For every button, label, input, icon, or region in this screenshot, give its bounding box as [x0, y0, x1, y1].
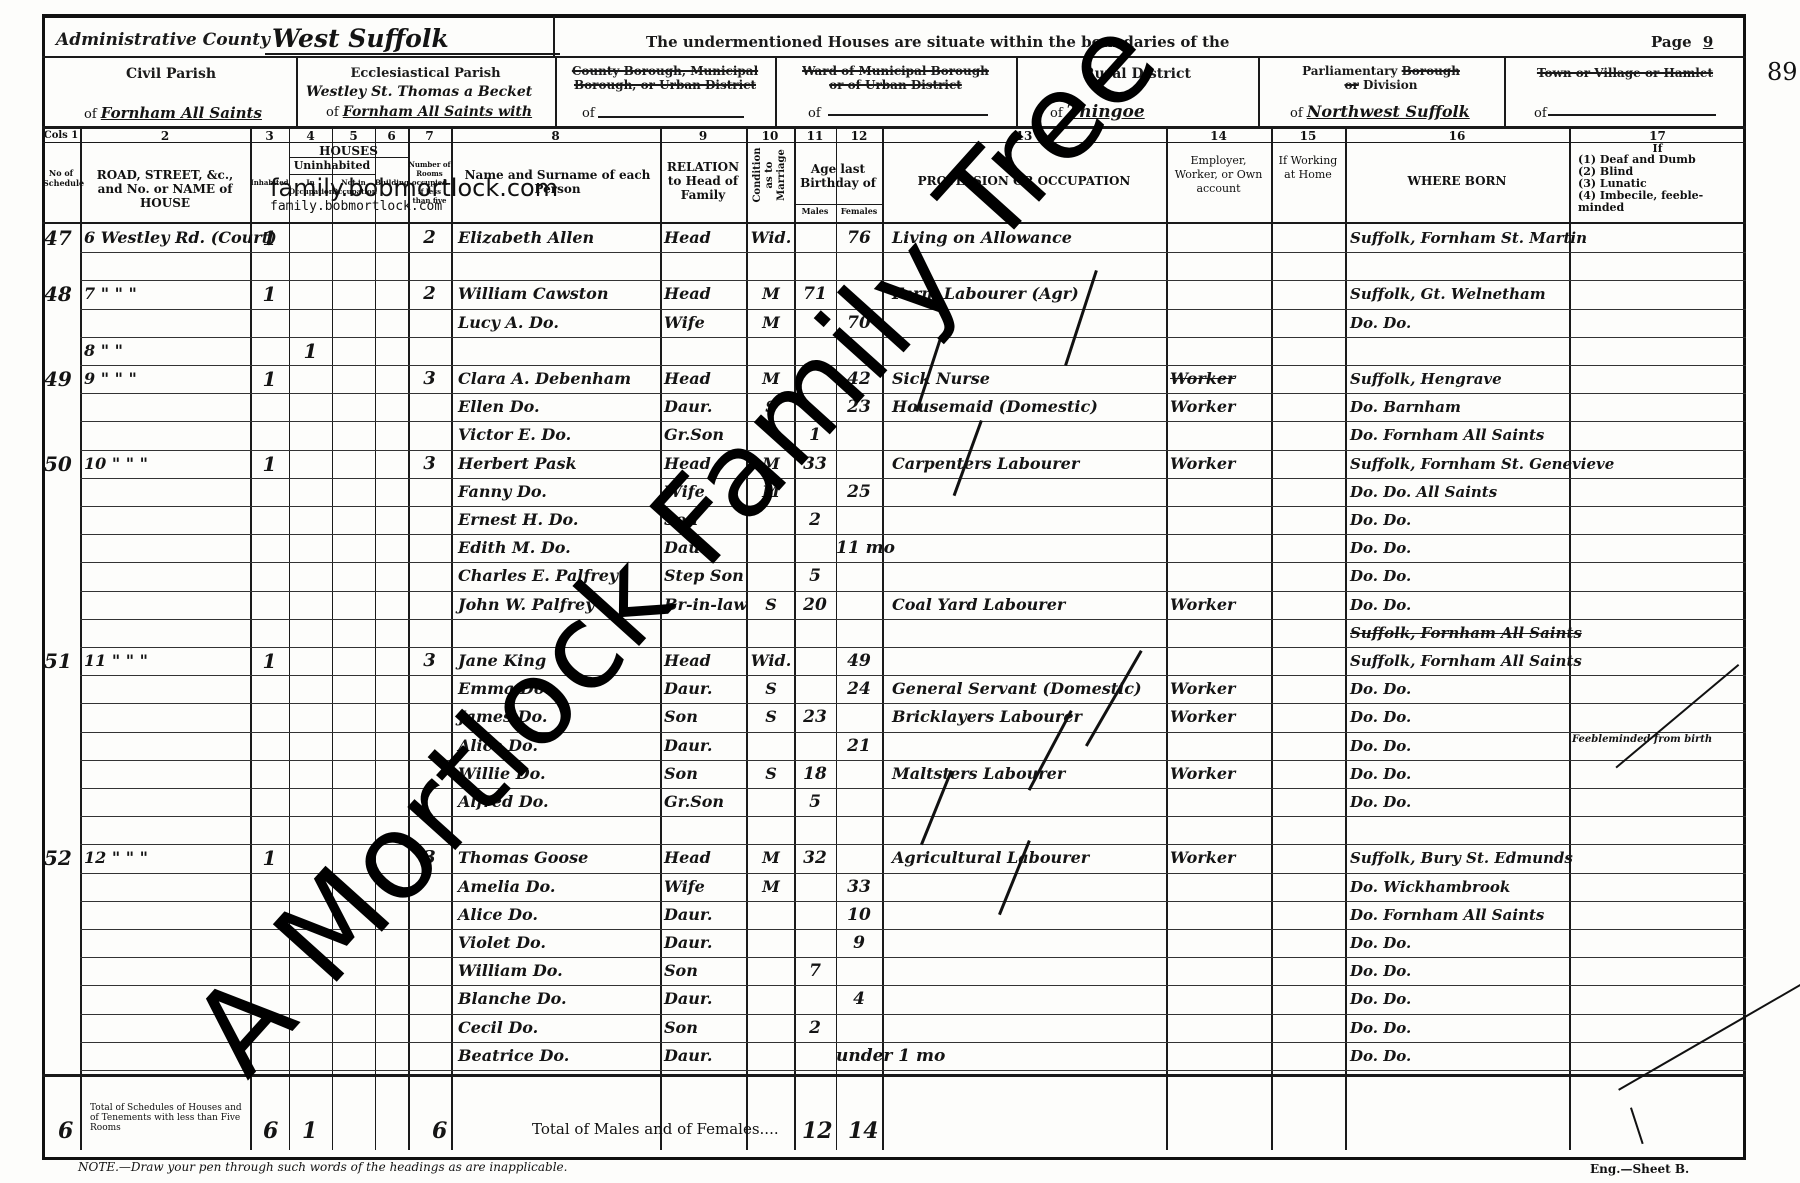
cell-name: Herbert Pask — [458, 450, 660, 478]
cell-employer: Worker — [1170, 365, 1271, 393]
header-females: Females — [836, 206, 882, 216]
table-row: Willie Do.SonS18Maltsters LabourerWorker… — [0, 760, 1800, 788]
cell-female-age: 10 — [836, 901, 882, 929]
cell-male-age: 7 — [794, 957, 836, 985]
ward-label-2: or of Urban District — [775, 78, 1016, 92]
parliamentary-field: of Northwest Suffolk — [1290, 102, 1470, 121]
cell-relation: Head — [664, 280, 746, 308]
cell-occupation: Carpenters Labourer — [892, 450, 1166, 478]
cell-born: Do. Do. — [1350, 703, 1569, 731]
cell-rooms: 3 — [408, 365, 451, 393]
cell-relation: Son — [664, 957, 746, 985]
cell-employer: Worker — [1170, 844, 1271, 872]
cell-male-age: 5 — [794, 788, 836, 816]
cell-born: Do. Do. — [1350, 929, 1569, 957]
cell-inhabited: 1 — [250, 224, 289, 252]
rows-bottom-rule — [42, 1074, 1746, 1077]
cell-occupation: Coal Yard Labourer — [892, 591, 1166, 619]
header-condition: Condition as to Marriage — [752, 140, 788, 210]
cell-born: Suffolk, Gt. Welnetham — [1350, 280, 1569, 308]
civil-parish-prefix: of — [84, 107, 97, 122]
cell-female-age: 4 — [836, 985, 882, 1013]
side-folio-number: 89 — [1767, 58, 1798, 86]
cell-born: Do. Barnham — [1350, 393, 1569, 421]
total-persons-label: Total of Males and of Females.... — [532, 1120, 779, 1138]
cell-born: Do. Do. — [1350, 788, 1569, 816]
ecclesiastical-parish-label: Ecclesiastical Parish — [296, 66, 555, 81]
cell-female-age: under 1 mo — [836, 1042, 882, 1070]
col-number-3: 3 — [250, 130, 289, 142]
cell-male-age: 32 — [794, 844, 836, 872]
town-blank-line — [1548, 114, 1716, 116]
cell-male-age: 18 — [794, 760, 836, 788]
cell-female-age: 25 — [836, 478, 882, 506]
col-number-16: 16 — [1345, 130, 1569, 142]
cell-condition: S — [748, 675, 794, 703]
table-row: 5212 " " "13Thomas GooseHeadM32Agricultu… — [0, 844, 1800, 872]
table-row: James Do.SonS23Bricklayers LabourerWorke… — [0, 703, 1800, 731]
ward-prefix: of — [808, 106, 821, 121]
cell-born: Do. Do. — [1350, 675, 1569, 703]
cell-name: Alice Do. — [458, 901, 660, 929]
parliamentary-prefix: of — [1290, 106, 1303, 121]
cell-employer: Worker — [1170, 760, 1271, 788]
cell-relation: Head — [664, 844, 746, 872]
admin-county-label: Administrative County — [56, 30, 270, 50]
table-row: Charles E. PalfreyStep Son5Do. Do. — [0, 562, 1800, 590]
cell-inhabited: 1 — [250, 844, 289, 872]
cell-inhabited: 1 — [250, 450, 289, 478]
header-males: Males — [794, 206, 836, 216]
cell-born: Do. Do. — [1350, 760, 1569, 788]
page-label-text: Page — [1651, 33, 1692, 51]
sheet-label: Eng.—Sheet B. — [1590, 1162, 1689, 1176]
cell-name: William Do. — [458, 957, 660, 985]
county-borough-blank-line — [598, 116, 744, 118]
cell-occupation: Maltsters Labourer — [892, 760, 1166, 788]
cell-road: 7 " " " — [84, 280, 250, 308]
civil-parish-value: Fornham All Saints — [101, 104, 262, 122]
cell-condition: M — [748, 844, 794, 872]
cell-female-age: 11 mo — [836, 534, 882, 562]
cell-condition: S — [748, 760, 794, 788]
cell-schedule: 49 — [44, 365, 80, 393]
col-number-11: 11 — [794, 130, 836, 142]
cell-condition: Wid. — [748, 647, 794, 675]
cell-relation: Daur. — [664, 732, 746, 760]
cell-female-age: 33 — [836, 873, 882, 901]
ecclesiastical-parish-field: of Fornham All Saints with — [326, 104, 532, 120]
cell-road: 8 " " — [84, 337, 250, 365]
cell-born: Do. Do. — [1350, 732, 1569, 760]
cell-inhabited: 1 — [250, 280, 289, 308]
header-infirmity-list: (1) Deaf and Dumb (2) Blind (3) Lunatic … — [1578, 154, 1744, 214]
col-number-9: 9 — [660, 130, 746, 142]
civil-parish-field: of Fornham All Saints — [84, 104, 262, 122]
county-borough-label-1: County Borough, Municipal — [555, 64, 775, 78]
cell-female-age: 49 — [836, 647, 882, 675]
parliamentary-value: Northwest Suffolk — [1307, 102, 1470, 121]
table-row — [0, 816, 1800, 844]
cell-born: Do. Do. — [1350, 506, 1569, 534]
cell-road: 9 " " " — [84, 365, 250, 393]
cell-born: Suffolk, Bury St. Edmunds — [1350, 844, 1569, 872]
ecclesiastical-parish-prefix: of — [326, 105, 339, 120]
col-number-7: 7 — [408, 130, 451, 142]
cell-occupation: Housemaid (Domestic) — [892, 393, 1166, 421]
town-prefix: of — [1534, 106, 1547, 121]
cell-male-age: 23 — [794, 703, 836, 731]
cell-relation: Wife — [664, 873, 746, 901]
county-borough-prefix: of — [582, 106, 595, 121]
cell-occupation: Agricultural Labourer — [892, 844, 1166, 872]
header-road: ROAD, STREET, &c., and No. or NAME of HO… — [84, 168, 246, 210]
cell-name: Victor E. Do. — [458, 421, 660, 449]
table-row: Victor E. Do.Gr.Son1Do. Fornham All Sain… — [0, 421, 1800, 449]
cell-schedule: 47 — [44, 224, 80, 252]
cell-female-age: 9 — [836, 929, 882, 957]
parliamentary-label-1: Parliamentary Borough — [1258, 64, 1504, 78]
cell-born: Do. Do. — [1350, 534, 1569, 562]
table-row: 5111 " " "13Jane KingHeadWid.49Suffolk, … — [0, 647, 1800, 675]
cell-born: Do. Do. — [1350, 562, 1569, 590]
ecclesiastical-parish-value-1: Westley St. Thomas a Becket — [306, 84, 532, 100]
cell-name: Violet Do. — [458, 929, 660, 957]
cell-relation: Daur. — [664, 901, 746, 929]
cell-infirmity: Feebleminded from birth — [1572, 734, 1744, 746]
civil-parish-label: Civil Parish — [46, 66, 296, 82]
cell-born: Suffolk, Fornham St. Martin — [1350, 224, 1569, 252]
cell-born: Do. Do. All Saints — [1350, 478, 1569, 506]
cell-name: Cecil Do. — [458, 1014, 660, 1042]
header-working-home: If Working at Home — [1275, 154, 1341, 182]
col-number-12: 12 — [836, 130, 882, 142]
cell-relation: Daur. — [664, 675, 746, 703]
page-label: Page 9 — [1651, 33, 1713, 51]
watermark-site-large: family.bobmortlock.com — [270, 174, 558, 202]
cell-rooms: 3 — [408, 450, 451, 478]
cell-name: Lucy A. Do. — [458, 309, 660, 337]
cell-born: Suffolk, Fornham St. Genevieve — [1350, 450, 1569, 478]
cell-schedule: 50 — [44, 450, 80, 478]
cell-inhabited: 1 — [250, 365, 289, 393]
cell-employer: Worker — [1170, 591, 1271, 619]
table-row: Fanny Do.WifeM25Do. Do. All Saints — [0, 478, 1800, 506]
header-age: Age last Birthday of — [794, 162, 882, 190]
cell-name: Amelia Do. — [458, 873, 660, 901]
cell-road: 12 " " " — [84, 844, 250, 872]
cell-rooms: 2 — [408, 224, 451, 252]
total-rooms: 6 — [432, 1118, 447, 1144]
total-uninhabited: 1 — [302, 1118, 317, 1144]
cell-condition: S — [748, 591, 794, 619]
ward-label-1: Ward of Municipal Borough — [775, 64, 1016, 78]
total-schedules-label: Total of Schedules of Houses and of Tene… — [90, 1103, 248, 1133]
total-males: 12 — [802, 1118, 833, 1144]
table-row: 5010 " " "13Herbert PaskHeadM33Carpenter… — [0, 450, 1800, 478]
cell-rooms: 3 — [408, 647, 451, 675]
col-number-2: 2 — [80, 130, 250, 142]
cell-born: Suffolk, Fornham All Saints — [1350, 647, 1569, 675]
table-row: Suffolk, Fornham All Saints — [0, 619, 1800, 647]
col-number-8: 8 — [451, 130, 660, 142]
colnum-rule — [42, 142, 1746, 143]
cell-occupation: Sick Nurse — [892, 365, 1166, 393]
cell-relation: Daur. — [664, 985, 746, 1013]
cell-condition: Wid. — [748, 224, 794, 252]
col-number-4: 4 — [289, 130, 332, 142]
cell-born: Do. Do. — [1350, 1014, 1569, 1042]
col-number-6: 6 — [375, 130, 408, 142]
table-row: Ernest H. Do.Son2Do. Do. — [0, 506, 1800, 534]
cell-employer: Worker — [1170, 703, 1271, 731]
col-number-17: 17 — [1569, 130, 1746, 142]
cell-employer: Worker — [1170, 675, 1271, 703]
cell-female-age: 21 — [836, 732, 882, 760]
admin-county-value: West Suffolk — [272, 24, 449, 53]
cell-female-age: 24 — [836, 675, 882, 703]
table-row: Edith M. Do.Daur.11 moDo. Do. — [0, 534, 1800, 562]
cell-born: Do. Wickhambrook — [1350, 873, 1569, 901]
county-borough-label-2: Borough, or Urban District — [555, 78, 775, 92]
cell-schedule: 51 — [44, 647, 80, 675]
cell-name: Blanche Do. — [458, 985, 660, 1013]
cell-born: Do. Fornham All Saints — [1350, 421, 1569, 449]
cell-male-age: 5 — [794, 562, 836, 590]
cell-born: Do. Fornham All Saints — [1350, 901, 1569, 929]
table-row: John W. PalfreyBr-in-lawS20Coal Yard Lab… — [0, 591, 1800, 619]
cell-born: Do. Do. — [1350, 957, 1569, 985]
cell-condition: M — [748, 280, 794, 308]
cell-employer: Worker — [1170, 393, 1271, 421]
total-schedules: 6 — [58, 1118, 73, 1144]
cell-relation: Wife — [664, 309, 746, 337]
cell-condition: S — [748, 703, 794, 731]
header-where-born: WHERE BORN — [1345, 174, 1569, 188]
table-row: Emma Do.Daur.S24General Servant (Domesti… — [0, 675, 1800, 703]
cell-occupation: Bricklayers Labourer — [892, 703, 1166, 731]
cell-born: Do. Do. — [1350, 591, 1569, 619]
cell-name: Beatrice Do. — [458, 1042, 660, 1070]
col-number-5: 5 — [332, 130, 375, 142]
col-number-1: Cols 1 — [42, 130, 80, 142]
footer-note: NOTE.—Draw your pen through such words o… — [78, 1160, 567, 1174]
page-number: 9 — [1703, 33, 1713, 51]
cell-relation: Son — [664, 760, 746, 788]
total-inhabited: 6 — [263, 1118, 278, 1144]
cell-born: Suffolk, Hengrave — [1350, 365, 1569, 393]
table-row: Alice Do.Daur.21Do. Do.Feebleminded from… — [0, 732, 1800, 760]
total-females: 14 — [848, 1118, 879, 1144]
admin-county-divider — [553, 16, 555, 56]
header-schedule: No of Schedule — [43, 168, 79, 188]
cell-male-age: 2 — [794, 506, 836, 534]
cell-name: Elizabeth Allen — [458, 224, 660, 252]
cell-relation: Daur. — [664, 1042, 746, 1070]
cell-road: 6 Westley Rd. (Court) — [84, 224, 250, 252]
header-uninhabited: Uninhabited — [289, 159, 375, 173]
cell-born: Do. Do. — [1350, 309, 1569, 337]
header-houses: HOUSES — [289, 144, 408, 158]
cell-uninhabited: 1 — [289, 337, 332, 365]
cell-road: 11 " " " — [84, 647, 250, 675]
cell-road: 10 " " " — [84, 450, 250, 478]
parliamentary-label-2: or Division — [1258, 78, 1504, 92]
age-rule — [794, 204, 882, 205]
header-relation: RELATION to Head of Family — [660, 160, 746, 202]
watermark-site-small: family.bobmortlock.com — [270, 199, 442, 214]
admin-county-underline — [265, 53, 560, 55]
cell-condition: M — [748, 873, 794, 901]
col-number-15: 15 — [1271, 130, 1345, 142]
header-employer: Employer, Worker, or Own account — [1170, 154, 1267, 196]
table-row: Alfred Do.Gr.Son5Do. Do. — [0, 788, 1800, 816]
cell-rooms: 2 — [408, 280, 451, 308]
cell-born: Suffolk, Fornham All Saints — [1350, 619, 1569, 647]
cell-name: William Cawston — [458, 280, 660, 308]
cell-relation: Son — [664, 1014, 746, 1042]
cell-male-age: 20 — [794, 591, 836, 619]
cell-born: Do. Do. — [1350, 985, 1569, 1013]
cell-male-age: 2 — [794, 1014, 836, 1042]
band-bottom-rule — [42, 126, 1746, 129]
col-number-14: 14 — [1166, 130, 1271, 142]
cell-name: Ellen Do. — [458, 393, 660, 421]
cell-relation: Son — [664, 703, 746, 731]
cell-schedule: 52 — [44, 844, 80, 872]
cell-schedule: 48 — [44, 280, 80, 308]
cell-relation: Head — [664, 647, 746, 675]
ecclesiastical-parish-value-2: Fornham All Saints with — [343, 104, 532, 120]
cell-relation: Gr.Son — [664, 788, 746, 816]
cell-name: Clara A. Debenham — [458, 365, 660, 393]
cell-relation: Daur. — [664, 929, 746, 957]
cell-employer: Worker — [1170, 450, 1271, 478]
ward-blank-line — [828, 114, 988, 116]
cell-born: Do. Do. — [1350, 1042, 1569, 1070]
infirmity-imbecile: (4) Imbecile, feeble-minded — [1578, 190, 1744, 214]
cell-relation: Head — [664, 224, 746, 252]
cell-inhabited: 1 — [250, 647, 289, 675]
town-label: Town or Village or Hamlet — [1504, 66, 1746, 80]
